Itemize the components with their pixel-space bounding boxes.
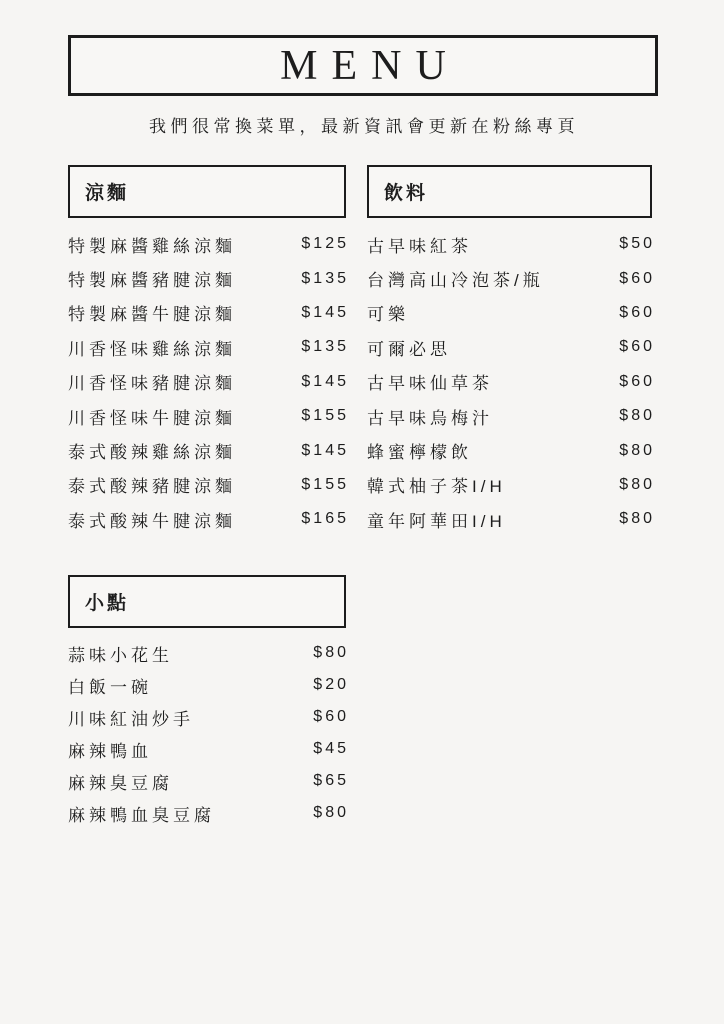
menu-item-price: $80 bbox=[619, 442, 655, 460]
menu-item-price: $65 bbox=[313, 772, 349, 790]
menu-item-price: $20 bbox=[313, 676, 349, 694]
menu-item-name: 蒜味小花生 bbox=[68, 641, 173, 666]
menu-item-price: $155 bbox=[301, 407, 349, 425]
menu-item-row: 泰式酸辣雞絲涼麵 $145 bbox=[68, 433, 346, 467]
menu-item-row: 麻辣臭豆腐 $65 bbox=[68, 765, 346, 797]
menu-item-price: $145 bbox=[301, 442, 349, 460]
menu-item-name: 麻辣鴨血 bbox=[68, 737, 152, 762]
menu-item-price: $60 bbox=[619, 373, 655, 391]
section-title: 小點 bbox=[85, 588, 129, 615]
menu-item-price: $135 bbox=[301, 270, 349, 288]
menu-item-row: 白飯一碗 $20 bbox=[68, 669, 346, 701]
menu-item-name: 古早味烏梅汁 bbox=[367, 404, 493, 429]
menu-item-name: 特製麻醬豬腱涼麵 bbox=[68, 266, 236, 291]
section-title: 涼麵 bbox=[85, 178, 129, 205]
menu-item-price: $155 bbox=[301, 476, 349, 494]
menu-item-price: $60 bbox=[313, 708, 349, 726]
menu-item-price: $80 bbox=[619, 510, 655, 528]
menu-item-row: 麻辣鴨血 $45 bbox=[68, 733, 346, 765]
menu-item-row: 台灣高山冷泡茶/瓶 $60 bbox=[367, 261, 652, 295]
menu-page: MENU 我們很常換菜單，最新資訊會更新在粉絲專頁 涼麵 特製麻醬雞絲涼麵 $1… bbox=[0, 0, 724, 1024]
menu-title-box: MENU bbox=[68, 35, 658, 96]
menu-item-price: $165 bbox=[301, 510, 349, 528]
menu-item-row: 川香怪味雞絲涼麵 $135 bbox=[68, 330, 346, 364]
menu-item-row: 特製麻醬豬腱涼麵 $135 bbox=[68, 261, 346, 295]
menu-item-name: 童年阿華田I/H bbox=[367, 507, 506, 532]
menu-item-row: 可樂 $60 bbox=[367, 296, 652, 330]
menu-item-name: 可爾必思 bbox=[367, 335, 451, 360]
menu-item-name: 麻辣鴨血臭豆腐 bbox=[68, 801, 215, 826]
menu-item-price: $80 bbox=[313, 804, 349, 822]
section-title-box: 小點 bbox=[68, 575, 346, 628]
menu-item-name: 麻辣臭豆腐 bbox=[68, 769, 173, 794]
menu-item-name: 特製麻醬牛腱涼麵 bbox=[68, 300, 236, 325]
menu-item-list: 特製麻醬雞絲涼麵 $125 特製麻醬豬腱涼麵 $135 特製麻醬牛腱涼麵 $14… bbox=[68, 227, 346, 537]
menu-subtitle: 我們很常換菜單，最新資訊會更新在粉絲專頁 bbox=[0, 112, 724, 137]
menu-item-row: 川香怪味豬腱涼麵 $145 bbox=[68, 365, 346, 399]
section-snacks: 小點 蒜味小花生 $80 白飯一碗 $20 川味紅油炒手 $60 bbox=[68, 575, 346, 829]
menu-item-price: $135 bbox=[301, 338, 349, 356]
menu-item-list: 古早味紅茶 $50 台灣高山冷泡茶/瓶 $60 可樂 $60 可爾必思 $60 bbox=[367, 227, 652, 537]
menu-item-name: 川香怪味豬腱涼麵 bbox=[68, 369, 236, 394]
menu-item-price: $60 bbox=[619, 270, 655, 288]
menu-item-name: 川香怪味雞絲涼麵 bbox=[68, 335, 236, 360]
menu-item-row: 蒜味小花生 $80 bbox=[68, 637, 346, 669]
menu-item-price: $80 bbox=[619, 407, 655, 425]
menu-item-row: 童年阿華田I/H $80 bbox=[367, 502, 652, 536]
menu-item-name: 台灣高山冷泡茶/瓶 bbox=[367, 266, 544, 291]
menu-item-row: 古早味仙草茶 $60 bbox=[367, 365, 652, 399]
menu-item-name: 泰式酸辣雞絲涼麵 bbox=[68, 438, 236, 463]
menu-item-name: 古早味紅茶 bbox=[367, 232, 472, 257]
menu-item-name: 川味紅油炒手 bbox=[68, 705, 194, 730]
menu-item-row: 可爾必思 $60 bbox=[367, 330, 652, 364]
menu-item-price: $125 bbox=[301, 235, 349, 253]
menu-item-price: $45 bbox=[313, 740, 349, 758]
menu-item-price: $145 bbox=[301, 304, 349, 322]
menu-item-row: 川味紅油炒手 $60 bbox=[68, 701, 346, 733]
section-cold-noodles: 涼麵 特製麻醬雞絲涼麵 $125 特製麻醬豬腱涼麵 $135 特製麻醬牛腱涼麵 … bbox=[68, 165, 346, 537]
menu-item-name: 川香怪味牛腱涼麵 bbox=[68, 404, 236, 429]
menu-item-row: 特製麻醬雞絲涼麵 $125 bbox=[68, 227, 346, 261]
menu-item-list: 蒜味小花生 $80 白飯一碗 $20 川味紅油炒手 $60 麻辣鴨血 $45 bbox=[68, 637, 346, 829]
menu-item-row: 古早味紅茶 $50 bbox=[367, 227, 652, 261]
menu-title: MENU bbox=[266, 42, 460, 90]
menu-item-price: $60 bbox=[619, 338, 655, 356]
menu-item-row: 古早味烏梅汁 $80 bbox=[367, 399, 652, 433]
menu-item-name: 可樂 bbox=[367, 300, 409, 325]
menu-item-row: 泰式酸辣豬腱涼麵 $155 bbox=[68, 468, 346, 502]
section-drinks: 飲料 古早味紅茶 $50 台灣高山冷泡茶/瓶 $60 可樂 $60 bbox=[367, 165, 652, 537]
menu-item-name: 白飯一碗 bbox=[68, 673, 152, 698]
menu-item-name: 蜂蜜檸檬飲 bbox=[367, 438, 472, 463]
menu-item-row: 特製麻醬牛腱涼麵 $145 bbox=[68, 296, 346, 330]
menu-item-price: $60 bbox=[619, 304, 655, 322]
menu-item-row: 泰式酸辣牛腱涼麵 $165 bbox=[68, 502, 346, 536]
menu-item-name: 特製麻醬雞絲涼麵 bbox=[68, 232, 236, 257]
section-title: 飲料 bbox=[384, 178, 428, 205]
menu-item-price: $80 bbox=[619, 476, 655, 494]
menu-item-name: 古早味仙草茶 bbox=[367, 369, 493, 394]
menu-item-row: 麻辣鴨血臭豆腐 $80 bbox=[68, 797, 346, 829]
section-title-box: 涼麵 bbox=[68, 165, 346, 218]
menu-item-price: $80 bbox=[313, 644, 349, 662]
menu-item-row: 川香怪味牛腱涼麵 $155 bbox=[68, 399, 346, 433]
menu-item-price: $145 bbox=[301, 373, 349, 391]
section-title-box: 飲料 bbox=[367, 165, 652, 218]
menu-item-name: 泰式酸辣牛腱涼麵 bbox=[68, 507, 236, 532]
menu-item-name: 泰式酸辣豬腱涼麵 bbox=[68, 472, 236, 497]
menu-item-row: 韓式柚子茶I/H $80 bbox=[367, 468, 652, 502]
menu-item-price: $50 bbox=[619, 235, 655, 253]
menu-item-row: 蜂蜜檸檬飲 $80 bbox=[367, 433, 652, 467]
menu-item-name: 韓式柚子茶I/H bbox=[367, 472, 506, 497]
